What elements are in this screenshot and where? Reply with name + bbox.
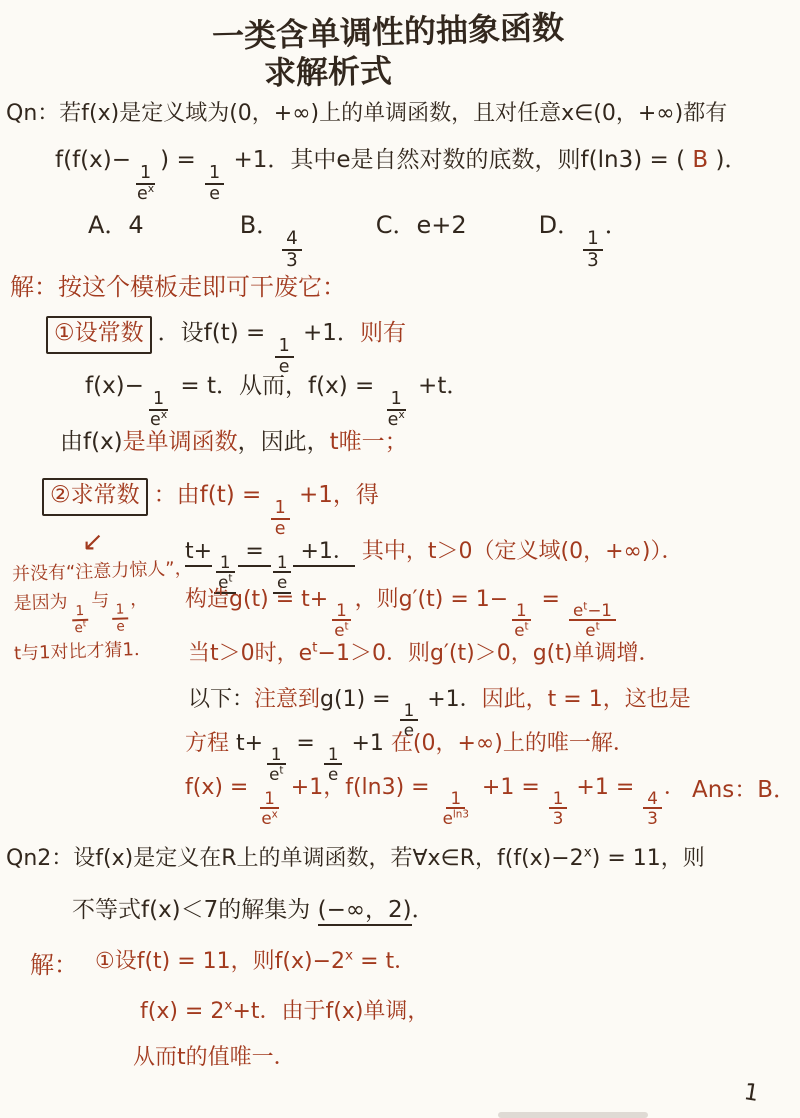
- superscript: t: [83, 619, 87, 629]
- text-segment: 注意到: [254, 687, 320, 712]
- question2-line-1: Qn2：设f(x)是定义在R上的单调函数，若∀x∈R，f(f(x)−2x) = …: [6, 845, 705, 874]
- text-segment: ) =: [160, 147, 203, 173]
- fraction: 1ex: [146, 390, 171, 430]
- text-segment: 按这个模板走即可干废它：: [58, 273, 346, 301]
- fraction: et−1et: [569, 601, 616, 639]
- superscript: ln3: [453, 809, 469, 821]
- fraction: 13: [549, 789, 568, 827]
- text-segment: +1．: [420, 687, 481, 712]
- text-segment: = t．从而，f(x) =: [173, 373, 381, 399]
- solution2-line-3: 从而t的值唯一．: [133, 1044, 296, 1073]
- fraction: 1ex: [257, 789, 281, 827]
- text-segment: Qn：若f(x)是定义域为(0，+∞)上的单调函数，且对任意x∈(0，+∞)都有: [6, 101, 727, 126]
- margin-note-line-1: 并没有“注意力惊人”，: [12, 557, 193, 587]
- text-segment: +1，得: [292, 482, 379, 508]
- text-segment: +t．: [411, 373, 470, 399]
- page-number: 1: [742, 1079, 761, 1107]
- text-segment: 从而t的值唯一．: [133, 1045, 296, 1070]
- text-segment: ，: [130, 589, 149, 611]
- superscript: x: [584, 845, 592, 861]
- text-segment: +1．: [296, 320, 360, 346]
- text-segment: =: [535, 587, 567, 612]
- text-segment: f(f(x)−: [55, 147, 131, 173]
- answer-1-label: Ans：B．: [692, 776, 796, 806]
- superscript: t: [312, 640, 317, 656]
- solution1-step1: ①设常数．设f(t) = 1e +1．则有: [46, 316, 406, 377]
- option-a: A．4: [88, 211, 144, 239]
- fraction: 1et: [510, 601, 532, 639]
- superscript: x: [148, 182, 154, 195]
- answer-choice-1: B: [685, 147, 715, 173]
- text-segment: 求解析式: [264, 52, 393, 92]
- answer-2: (−∞，2): [318, 897, 412, 926]
- text-segment: 因此，t = 1，这也是: [482, 687, 691, 712]
- text-segment: ，则g′(t) = 1−: [355, 587, 509, 612]
- text-segment: [304, 211, 376, 239]
- notebook-page: 1 一类含单调性的抽象函数求解析式Qn：若f(x)是定义域为(0，+∞)上的单调…: [0, 0, 800, 1118]
- superscript: t: [228, 573, 232, 585]
- text-segment: t唯一；: [330, 429, 408, 455]
- text-segment: +1: [344, 731, 390, 756]
- text-segment: 一类含单调性的抽象函数: [212, 8, 565, 55]
- text-segment: ①设f(t) = 11，则f(x)−2x = t．: [95, 949, 416, 974]
- arrow-line: ↙: [82, 526, 104, 560]
- superscript: t: [583, 601, 587, 613]
- text-segment: )．: [715, 147, 747, 173]
- text-segment: [144, 211, 240, 239]
- text-segment: ．: [664, 775, 686, 800]
- final-answer-1: Ans：B．: [692, 777, 796, 803]
- solution1-result: f(x) = 1ex +1，f(ln3) = 1eln3 +1 = 13 +1 …: [185, 774, 686, 827]
- text-segment: +1．: [293, 539, 354, 567]
- fraction: 43: [282, 229, 302, 270]
- text-segment: =: [238, 539, 270, 567]
- superscript: t: [345, 621, 349, 633]
- text-segment: g(1) =: [320, 687, 398, 712]
- fraction: 1et: [330, 601, 352, 639]
- fraction: 1et: [70, 604, 91, 636]
- step2-label: ②求常数: [42, 478, 148, 516]
- text-segment: 构造g(t) = t+: [185, 587, 328, 612]
- margin-note-line-3: t与1对比才猜1．: [14, 638, 153, 666]
- text-segment: f(x) = 2x+t．由于f(x)单调，: [140, 999, 429, 1024]
- text-segment: 并没有“注意力惊人”，: [12, 558, 193, 585]
- text-segment: 是单调函数: [123, 429, 238, 455]
- text-segment: Qn2：设f(x)是定义在R上的单调函数，若∀x∈R，f(f(x)−2x) = …: [6, 846, 705, 871]
- text-segment: +1 =: [475, 775, 547, 800]
- solution2-label: 解：: [30, 950, 78, 981]
- text-segment: 方程: [185, 731, 229, 756]
- text-segment: 是因为: [13, 591, 68, 614]
- question2-line-2: 不等式f(x)＜7的解集为 (−∞，2)．: [72, 896, 435, 926]
- text-segment: 当t＞0时，et−1＞0．则g′(t)＞0，g(t)单调增．: [188, 641, 660, 666]
- text-segment: ：由f(t) =: [154, 482, 269, 508]
- text-segment: 由f(x): [60, 429, 123, 455]
- text-segment: t与1对比才猜1．: [14, 639, 153, 665]
- text-segment: 解：: [30, 951, 78, 979]
- fraction: 43: [643, 789, 662, 827]
- question1-line-2: f(f(x)−1ex) = 1e +1．其中e是自然对数的底数，则f(ln3) …: [55, 146, 747, 204]
- fraction: 1e: [275, 337, 294, 377]
- scan-shadow: [498, 1112, 648, 1118]
- text-segment: 其中，t＞0（定义域(0，+∞)）．: [355, 539, 684, 564]
- text-segment: +1，f(ln3) =: [284, 775, 437, 800]
- option-c: C．e+2: [376, 211, 467, 239]
- fraction: 1ex: [384, 390, 409, 430]
- option-b: B．: [240, 211, 280, 239]
- fraction: 1e: [271, 499, 290, 539]
- text-segment: ，因此，: [238, 429, 330, 455]
- text-segment: t+: [185, 539, 212, 567]
- down-left-arrow-icon: ↙: [82, 527, 104, 557]
- text-segment: 以下：: [188, 687, 254, 712]
- solution1-intro: 解：按这个模板走即可干废它：: [10, 272, 346, 303]
- solution1-eq3: 构造g(t) = t+1et，则g′(t) = 1−1et = et−1et: [185, 586, 618, 639]
- solution2-line-2: f(x) = 2x+t．由于f(x)单调，: [140, 998, 429, 1027]
- text-segment: 不等式f(x)＜7的解集为: [72, 897, 318, 923]
- text-segment: t+: [229, 731, 263, 756]
- text-segment: f(x) =: [185, 775, 255, 800]
- step1-label: ①设常数: [46, 316, 152, 354]
- text-segment: 解：: [10, 273, 58, 301]
- options-line: A．4 B．43 C．e+2 D．13．: [88, 210, 629, 271]
- text-segment: ．: [605, 211, 629, 239]
- superscript: x: [398, 408, 404, 421]
- text-segment: 与: [91, 590, 110, 612]
- superscript: x: [345, 948, 353, 964]
- fraction: 1ex: [133, 164, 158, 204]
- title-line-2: 求解析式: [264, 51, 393, 95]
- fraction: 13: [583, 229, 603, 270]
- solution2-line-1: ①设f(t) = 11，则f(x)−2x = t．: [95, 948, 416, 977]
- text-segment: =: [289, 731, 321, 756]
- fraction: 1e: [111, 603, 129, 635]
- solution1-line3: 由f(x)是单调函数，因此，t唯一；: [60, 428, 408, 458]
- text-segment: 在(0，+∞)上的唯一解．: [391, 731, 635, 756]
- text-segment: +1．其中e是自然对数的底数，则f(ln3) = (: [226, 147, 685, 173]
- solution1-eq1: f(x)−1ex = t．从而，f(x) = 1ex +t．: [85, 372, 469, 430]
- question1-line-1: Qn：若f(x)是定义域为(0，+∞)上的单调函数，且对任意x∈(0，+∞)都有: [6, 100, 727, 129]
- option-d: D．: [539, 211, 581, 239]
- margin-note-line-2: 是因为1et与1e，: [13, 588, 149, 639]
- text-segment: +1 =: [569, 775, 641, 800]
- text-segment: [467, 211, 539, 239]
- superscript: x: [161, 408, 167, 421]
- solution1-line7: 当t＞0时，et−1＞0．则g′(t)＞0，g(t)单调增．: [188, 640, 660, 669]
- superscript: t: [524, 621, 528, 633]
- text-segment: ．设f(t) =: [158, 320, 273, 346]
- text-segment: ．: [412, 897, 435, 923]
- text-segment: f(x)−: [85, 373, 144, 399]
- superscript: x: [272, 809, 278, 821]
- fraction: 1eln3: [439, 789, 473, 827]
- superscript: x: [224, 998, 232, 1014]
- superscript: t: [596, 621, 600, 633]
- text-segment: 则有: [360, 320, 406, 346]
- fraction: 1e: [205, 164, 224, 204]
